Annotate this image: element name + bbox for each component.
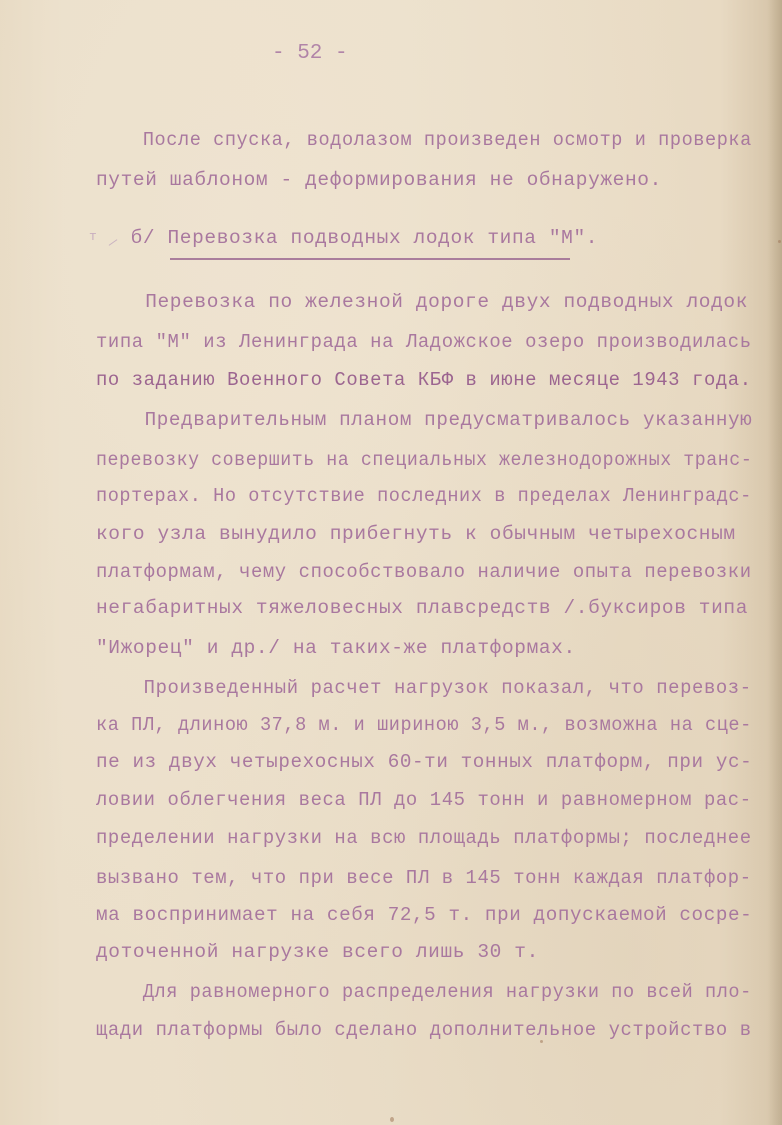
text-line: Произведенный расчет нагрузок показал, ч… [96, 677, 752, 699]
text-line: типа "М" из Ленинграда на Ладожское озер… [96, 331, 752, 353]
paper-sheet: - 52 - После спуска, водолазом произведе… [0, 0, 782, 1125]
text-line: путей шаблоном - деформирования не обнар… [96, 169, 662, 191]
page-number: - 52 - [272, 42, 348, 65]
section-heading: б/ Перевозка подводных лодок типа "М". [106, 227, 598, 249]
text-line: перевозку совершить на специальных желез… [96, 449, 752, 471]
text-line: платформам, чему способствовало наличие … [96, 561, 752, 583]
text-line: щади платформы было сделано дополнительн… [96, 1019, 752, 1041]
text-line: портерах. Но отсутствие последних в пред… [96, 485, 752, 507]
paper-speck [390, 1117, 394, 1122]
text-line: ма воспринимает на себя 72,5 т. при допу… [96, 904, 752, 926]
paper-speck [778, 240, 781, 243]
text-line: доточенной нагрузке всего лишь 30 т. [96, 941, 539, 963]
text-line: Для равномерного распределения нагрузки … [96, 981, 752, 1003]
text-line: ловии облегчения веса ПЛ до 145 тонн и р… [96, 789, 752, 811]
text-line: вызвано тем, что при весе ПЛ в 145 тонн … [96, 867, 752, 889]
text-line: После спуска, водолазом произведен осмот… [96, 129, 752, 151]
text-line: пе из двух четырехосных 60-ти тонных пла… [96, 751, 752, 773]
text-line: кого узла вынудило прибегнуть к обычным … [96, 523, 736, 545]
margin-mark: т [89, 229, 97, 244]
text-line: ка ПЛ, длиною 37,8 м. и шириною 3,5 м., … [96, 714, 752, 736]
heading-underline [170, 258, 570, 260]
text-line: "Ижорец" и др./ на таких-же платформах. [96, 637, 576, 659]
text-line: Перевозка по железной дороге двух подвод… [96, 291, 748, 313]
text-line: пределении нагрузки на всю площадь платф… [96, 827, 752, 849]
page-edge-shadow [768, 0, 782, 1125]
text-line: негабаритных тяжеловесных плавсредств /.… [96, 597, 748, 619]
text-line: Предварительным планом предусматривалось… [96, 409, 752, 431]
text-line: по заданию Военного Совета КБФ в июне ме… [96, 369, 752, 391]
